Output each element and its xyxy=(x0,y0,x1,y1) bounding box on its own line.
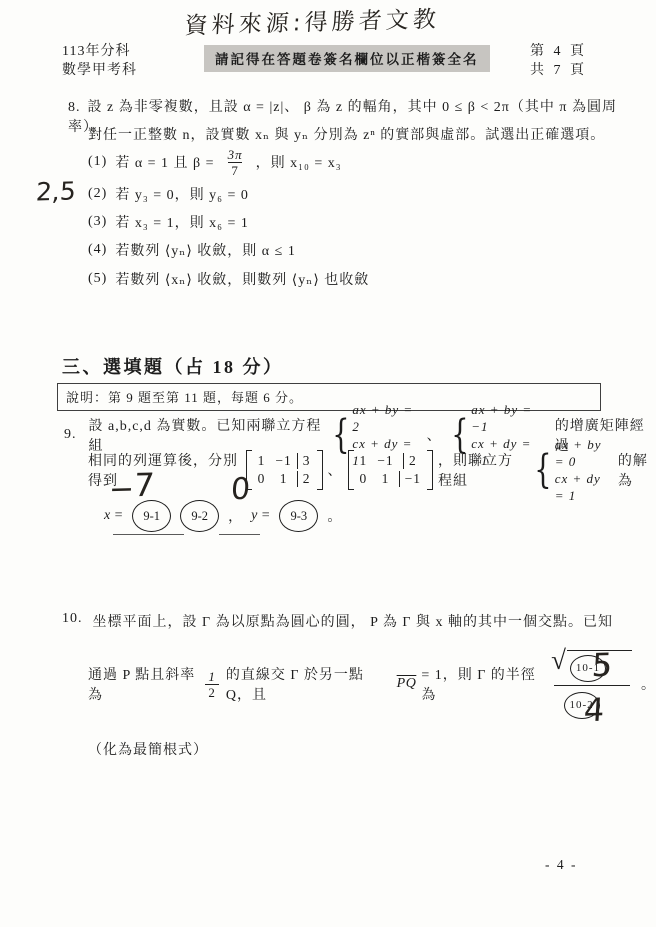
answer-period: 。 xyxy=(327,506,341,526)
option-3-label: (3) xyxy=(88,214,107,230)
option-2-text: 若 y₃ = 0，則 y₆ = 0 xyxy=(115,184,249,204)
section-3-title: 三、選填題（占 18 分） xyxy=(62,353,284,379)
separator: 、 xyxy=(328,460,343,480)
separator: 、 xyxy=(427,425,442,445)
handwritten-q9-x-value: 7 xyxy=(133,466,156,505)
matrix-cell: 1 xyxy=(355,453,373,469)
matrix-cell: 0 xyxy=(355,471,373,487)
bracket-right xyxy=(317,450,323,490)
option-2-label: (2) xyxy=(88,186,107,202)
option-1-pre: 若 α = 1 且 β = xyxy=(115,152,214,172)
option-3-text: 若 x₃ = 1，則 x₆ = 1 xyxy=(115,212,249,232)
exam-year: 113年分科 xyxy=(62,42,137,61)
matrix-cell: −1 xyxy=(399,471,426,487)
x-label: x = xyxy=(104,508,123,524)
question-8-line2: 對任一正整數 n，設實數 xₙ 與 yₙ 分別為 zⁿ 的實部與虛部。試選出正確… xyxy=(88,124,628,144)
matrix-cell: 3 xyxy=(297,453,316,469)
matrix-cell: 2 xyxy=(403,453,422,469)
option-5-text: 若數列 ⟨xₙ⟩ 收斂，則數列 ⟨yₙ⟩ 也收斂 xyxy=(115,269,369,289)
answer-separator: ， xyxy=(228,506,242,526)
question-10-note: （化為最簡根式） xyxy=(88,739,208,759)
fraction-1-2: 1 2 xyxy=(205,669,219,700)
answer-blank-9-3: 9-3 xyxy=(279,500,318,532)
question-9-line2-post: 的解為 xyxy=(618,450,656,490)
handwritten-q9-x-sign: − xyxy=(108,472,135,508)
matrix-cell: 0 xyxy=(253,471,271,487)
bracket-right xyxy=(427,450,433,490)
question-10-line2-mid2: = 1，則 Γ 的半徑為 xyxy=(421,664,538,704)
question-8-option-4: (4) 若數列 ⟨yₙ⟩ 收斂，則 α ≤ 1 xyxy=(88,240,296,260)
handwritten-q10-1-value: 5 xyxy=(591,646,614,685)
question-9-number: 9. xyxy=(64,427,77,443)
question-8-option-2: (2) 若 y₃ = 0，則 y₆ = 0 xyxy=(88,184,249,204)
question-10-line2-mid: 的直線交 Γ 於另一點 Q，且 xyxy=(226,664,392,704)
question-10-text1: 坐標平面上，設 Γ 為以原點為圓心的圓， P 為 Γ 與 x 軸的其中一個交點。… xyxy=(93,611,613,631)
matrix-cell: −1 xyxy=(270,453,296,469)
question-9-line2: 相同的列運算後，分別得到 1 −1 3 0 1 2 、 1 −1 2 0 1 −… xyxy=(88,446,656,494)
augmented-matrix-1: 1 −1 3 0 1 2 xyxy=(246,450,323,490)
question-8-option-5: (5) 若數列 ⟨xₙ⟩ 收斂，則數列 ⟨yₙ⟩ 也收斂 xyxy=(88,269,369,289)
matrix-cell: 1 xyxy=(253,453,271,469)
question-10-line2-pre: 通過 P 點且斜率為 xyxy=(88,664,198,704)
page-current: 第 4 頁 xyxy=(530,42,587,61)
option-1-label: (1) xyxy=(88,154,107,170)
question-9-answer-line: x = 9-1 9-2 ， y = 9-3 。 xyxy=(104,500,341,532)
system-2-row-1: ax + by = −1 xyxy=(471,401,548,435)
option-5-label: (5) xyxy=(88,271,107,287)
exam-page: 資料來源:得勝者文教 113年分科 數學甲考科 請記得在答題卷簽名欄位以正楷簽全… xyxy=(0,0,656,927)
question-8-option-3: (3) 若 x₃ = 1，則 x₆ = 1 xyxy=(88,212,249,232)
question-10-line2: 通過 P 點且斜率為 1 2 的直線交 Γ 於另一點 Q，且 PQ = 1，則 … xyxy=(88,645,656,723)
question-10-period: 。 xyxy=(641,674,656,694)
answer-underline-x xyxy=(113,534,184,535)
signature-notice: 請記得在答題卷簽名欄位以正楷簽全名 xyxy=(204,45,490,72)
matrix-cell: 1 xyxy=(275,471,293,487)
answer-underline-y xyxy=(219,534,260,535)
handwritten-q10-2-value: 4 xyxy=(583,691,606,730)
answer-blank-9-1: 9-1 xyxy=(132,500,171,532)
augmented-matrix-2: 1 −1 2 0 1 −1 xyxy=(348,450,434,490)
question-10-number: 10. xyxy=(62,611,83,631)
fraction-3pi-7: 3π 7 xyxy=(225,147,246,178)
system-3-row-1: ax + by = 0 xyxy=(555,436,613,470)
y-label: y = xyxy=(251,508,270,524)
page-indicator: 第 4 頁 共 7 頁 xyxy=(530,42,587,80)
answer-blank-9-2: 9-2 xyxy=(180,500,219,532)
question-9-line2-mid: ，則聯立方程組 xyxy=(438,450,527,490)
system-1-row-1: ax + by = 2 xyxy=(352,401,419,435)
exam-info: 113年分科 數學甲考科 xyxy=(62,42,137,80)
system-3-row-2: cx + dy = 1 xyxy=(555,470,613,504)
page-total: 共 7 頁 xyxy=(530,61,587,80)
question-8-number: 8. xyxy=(68,100,81,115)
exam-subject: 數學甲考科 xyxy=(62,61,137,80)
handwritten-q8-answer: 2,5 xyxy=(35,176,77,206)
matrix-cell: −1 xyxy=(372,453,398,469)
matrix-cell: 1 xyxy=(377,471,395,487)
matrix-cell: 2 xyxy=(297,471,316,487)
equation-system-3: { ax + by = 0 cx + dy = 1 xyxy=(532,436,613,504)
option-4-text: 若數列 ⟨yₙ⟩ 收斂，則 α ≤ 1 xyxy=(115,240,296,260)
footer-page-number: - 4 - xyxy=(545,857,578,873)
question-10-line1: 10.坐標平面上，設 Γ 為以原點為圓心的圓， P 為 Γ 與 x 軸的其中一個… xyxy=(62,611,642,631)
radical-icon: √ xyxy=(551,647,567,674)
option-4-label: (4) xyxy=(88,242,107,258)
question-8-option-1: (1) 若 α = 1 且 β = 3π 7 ，則 x₁₀ = x₃ xyxy=(88,142,342,182)
handwritten-source-note: 資料來源:得勝者文教 xyxy=(184,1,441,41)
brace-icon: { xyxy=(534,450,552,489)
option-1-post: ，則 x₁₀ = x₃ xyxy=(256,152,342,172)
segment-pq-overline: PQ xyxy=(397,676,417,692)
handwritten-q9-y-value: 0 xyxy=(230,472,251,507)
